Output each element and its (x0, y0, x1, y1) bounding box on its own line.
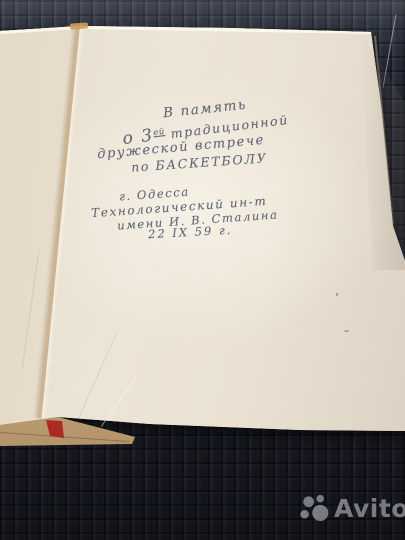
avito-watermark: Avito (297, 492, 405, 524)
dedication-line-4-prefix: по (131, 158, 156, 175)
handwritten-inscription: В память о 3ей традиционной дружеской вс… (0, 0, 405, 540)
venue-line-date: 22 IX 59 г. (148, 223, 233, 241)
photo-scene: В память о 3ей традиционной дружеской вс… (0, 0, 405, 540)
avito-logo-icon (297, 492, 331, 524)
watermark-label: Avito (334, 494, 405, 523)
